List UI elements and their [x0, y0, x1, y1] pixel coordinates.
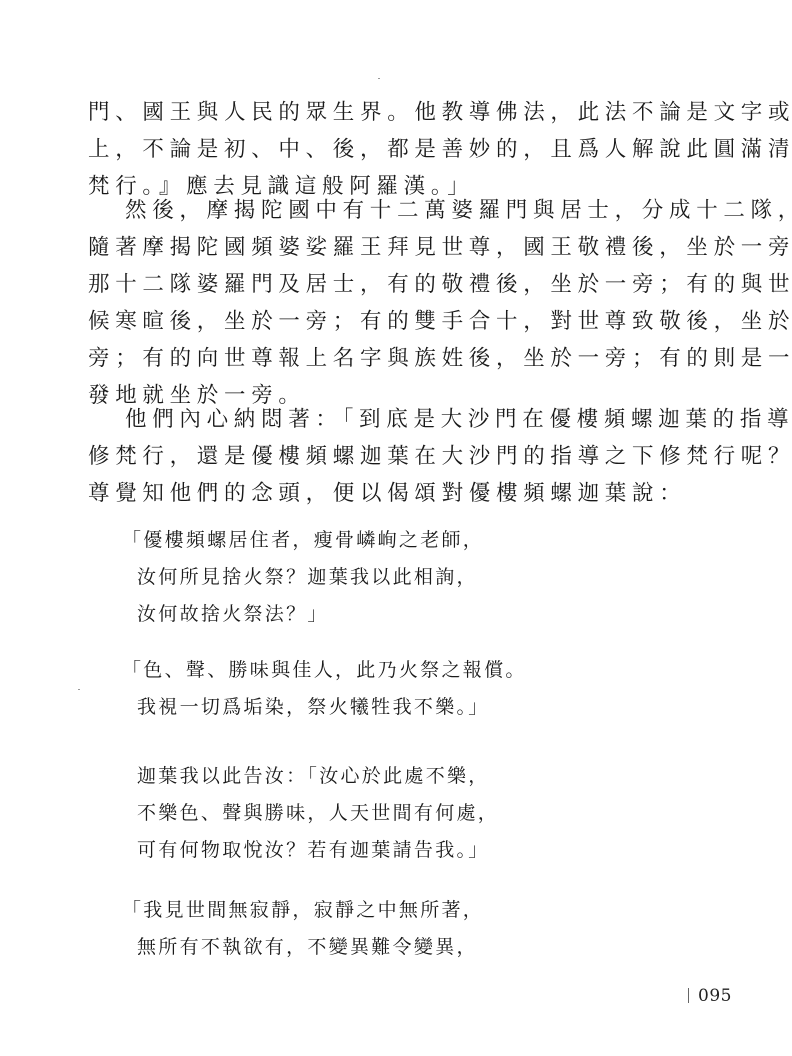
scan-speck	[378, 78, 380, 79]
verse-3-line-1: 迦葉我以此告汝：「汝心於此處不樂，	[137, 762, 490, 790]
paragraph-3-line-2: 修梵行，還是優樓頻螺迦葉在大沙門的指導之下修梵行呢？」世	[88, 442, 692, 472]
paragraph-3-line-3: 尊覺知他們的念頭，便以偈頌對優樓頻螺迦葉說：	[88, 479, 692, 509]
page-number-value: 095	[698, 986, 732, 1006]
paragraph-2-line-3: 那十二隊婆羅門及居士，有的敬禮後，坐於一旁；有的與世尊問	[88, 270, 692, 300]
paragraph-1-line-2: 上，不論是初、中、後，都是善妙的，且爲人解說此圓滿清淨的	[88, 135, 692, 165]
book-page: 門、國王與人民的眾生界。他教導佛法，此法不論是文字或義理 上，不論是初、中、後，…	[0, 0, 792, 1056]
verse-3-line-2: 不樂色、聲與勝味，人天世間有何處，	[137, 799, 499, 827]
verse-4-line-2: 無所有不執欲有，不變異難令變異，	[137, 933, 478, 961]
paragraph-2-line-1: 然後，摩揭陀國中有十二萬婆羅門與居士，分成十二隊，伴	[125, 196, 692, 226]
page-number: 095	[688, 986, 732, 1006]
verse-1-line-2: 汝何所見捨火祭？迦葉我以此相詢，	[137, 563, 478, 591]
paragraph-1-line-1: 門、國王與人民的眾生界。他教導佛法，此法不論是文字或義理	[88, 98, 692, 128]
verse-2-line-2: 我視一切爲垢染，祭火犧牲我不樂。」	[137, 693, 490, 721]
verse-2-line-1: 「色、聲、勝味與佳人，此乃火祭之報償。	[122, 656, 527, 684]
verse-1-line-3: 汝何故捨火祭法？」	[137, 600, 329, 628]
scan-speck	[78, 689, 80, 690]
verse-1-line-1: 「優樓頻螺居住者，瘦骨嶙峋之老師，	[122, 526, 484, 554]
paragraph-2-line-4: 候寒暄後，坐於一旁；有的雙手合十，對世尊致敬後，坐於一	[88, 307, 692, 337]
paragraph-3-line-1: 他們內心納悶著：「到底是大沙門在優樓頻螺迦葉的指導下	[125, 405, 692, 435]
verse-4-line-1: 「我見世間無寂靜，寂靜之中無所著，	[122, 896, 484, 924]
verse-3-line-3: 可有何物取悅汝？若有迦葉請告我。」	[137, 836, 490, 864]
page-number-divider	[688, 988, 689, 1003]
paragraph-2-line-2: 隨著摩揭陀國頻婆娑羅王拜見世尊，國王敬禮後，坐於一旁。但	[88, 233, 692, 263]
paragraph-2-line-5: 旁；有的向世尊報上名字與族姓後，坐於一旁；有的則是一言不	[88, 344, 692, 374]
